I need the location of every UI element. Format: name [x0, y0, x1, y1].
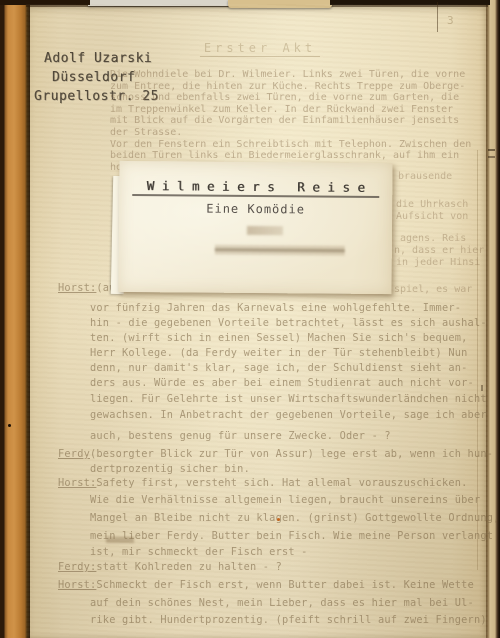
page-crease	[477, 150, 478, 570]
torn-fragment	[0, 0, 90, 5]
stage-direction-line: Die Wohndiele bei Dr. Wilmeier. Links zw…	[110, 69, 471, 81]
text-fragment: n, dass er hier	[394, 245, 484, 256]
dialogue-line: ist, mir schmeckt der Fisch erst -	[90, 546, 308, 558]
dialogue-line: denn, nur damit's klar, sage ich, der Sc…	[90, 362, 468, 374]
text-fragment: in jeder Hinsi	[396, 257, 480, 268]
dialogue-line: Ferdy(besorgter Blick zur Tür von Assur)…	[58, 448, 493, 460]
binding-strip	[0, 0, 30, 638]
dialogue-line: auf dein schönes Nest, mein Lieber, dass…	[90, 597, 474, 609]
handwritten-insertion	[106, 537, 134, 543]
stage-direction-line: schoss und ebenfalls zwei Türen, die vor…	[110, 92, 471, 104]
dialogue-line: rike gibt. Hundertprozentig. (pfeift sch…	[90, 614, 487, 626]
manuscript-scan: 3 Adolf Uzarski Düsseldorf Grupellostr. …	[0, 0, 500, 638]
dialogue-line: liegen. Für Gelehrte ist unser Wirtschaf…	[90, 393, 487, 405]
dialogue-line: auch, bestens genug für unsere Zwecke. O…	[90, 430, 391, 442]
speaker-name: Ferdy:	[58, 561, 96, 573]
page-crease	[437, 2, 438, 32]
dialogue-line: Horst:Schmeckt der Fisch erst, wenn Butt…	[58, 579, 474, 591]
ink-speck	[277, 518, 280, 521]
dialogue-line: Horst:Safety first, versteht sich. Hat a…	[58, 477, 468, 489]
act-heading: Erster Akt	[150, 41, 370, 55]
stage-directions: Die Wohndiele bei Dr. Wilmeier. Links zw…	[110, 69, 471, 173]
torn-fragment	[330, 0, 490, 5]
text-fragment: die Uhrkasch	[396, 199, 468, 210]
speaker-name: Horst:	[58, 477, 96, 489]
dialogue-line: vor fünfzig Jahren das Karnevals eine wo…	[90, 302, 461, 314]
text-fragment: Aufsicht von	[396, 211, 468, 222]
next-page-edge	[486, 0, 500, 638]
edge-mark	[488, 156, 495, 158]
stage-direction-line: im Treppenwinkel zum Keller. In der Rück…	[110, 104, 471, 116]
text-fragment: spiel, es war	[394, 284, 472, 295]
dialogue-line: ten. (wirft sich in einen Sessel) Machen…	[90, 332, 468, 344]
speaker-name: Horst:	[58, 579, 96, 591]
pasted-title-label: W i l m e i e r s R e i s e Eine Komödie	[118, 161, 392, 294]
stage-direction-line: der Strasse.	[110, 127, 471, 139]
text-fragment: agens. Reis	[400, 233, 466, 244]
stage-direction-line: mit Blick auf die Vorgärten der Einfamil…	[110, 115, 471, 127]
struck-smudge	[247, 226, 283, 235]
torn-fragment	[228, 0, 332, 8]
dialogue-line: ders aus. Würde es aber bei einem Studie…	[90, 377, 474, 389]
play-title: W i l m e i e r s R e i s e	[119, 178, 392, 195]
ink-speck	[8, 424, 11, 427]
dialogue-line: Herr Kollege. (da Ferdy weiter in der Tü…	[90, 347, 468, 359]
edge-mark	[488, 149, 495, 151]
stage-direction-line: beiden Türen links ein Biedermeierglassc…	[110, 150, 471, 162]
edge-mark	[481, 385, 483, 391]
speaker-name: Horst:	[58, 282, 96, 294]
dialogue-line: gewachsen. In Anbetracht der gegebenen V…	[90, 409, 487, 421]
dialogue-line: mein lieber Ferdy. Butter bein Fisch. Wi…	[90, 530, 493, 542]
speaker-name: Ferdy	[58, 448, 90, 460]
dialogue-line: dertprozentig sicher bin.	[90, 463, 250, 475]
stage-direction-line: Vor den Fenstern ein Schreibtisch mit Te…	[110, 139, 471, 151]
stage-direction-line: zum Entree, die hinten zur Küche. Rechts…	[110, 81, 471, 93]
struck-smudge	[215, 245, 345, 256]
dialogue-line: Mangel an Bleibe nicht zu klagen. (grins…	[90, 512, 500, 524]
dialogue-line: Wie die Verhältnisse allgemein liegen, b…	[90, 494, 480, 506]
dialogue-line: Ferdy:statt Kohlreden zu halten - ?	[58, 561, 282, 573]
play-subtitle: Eine Komödie	[119, 201, 392, 217]
dialogue-line: hin - die gegebenen Vorteile betrachtet,…	[90, 317, 487, 329]
torn-fragment	[88, 0, 230, 6]
author-name: Adolf Uzarski	[44, 49, 159, 68]
page-number: 3	[447, 14, 454, 27]
